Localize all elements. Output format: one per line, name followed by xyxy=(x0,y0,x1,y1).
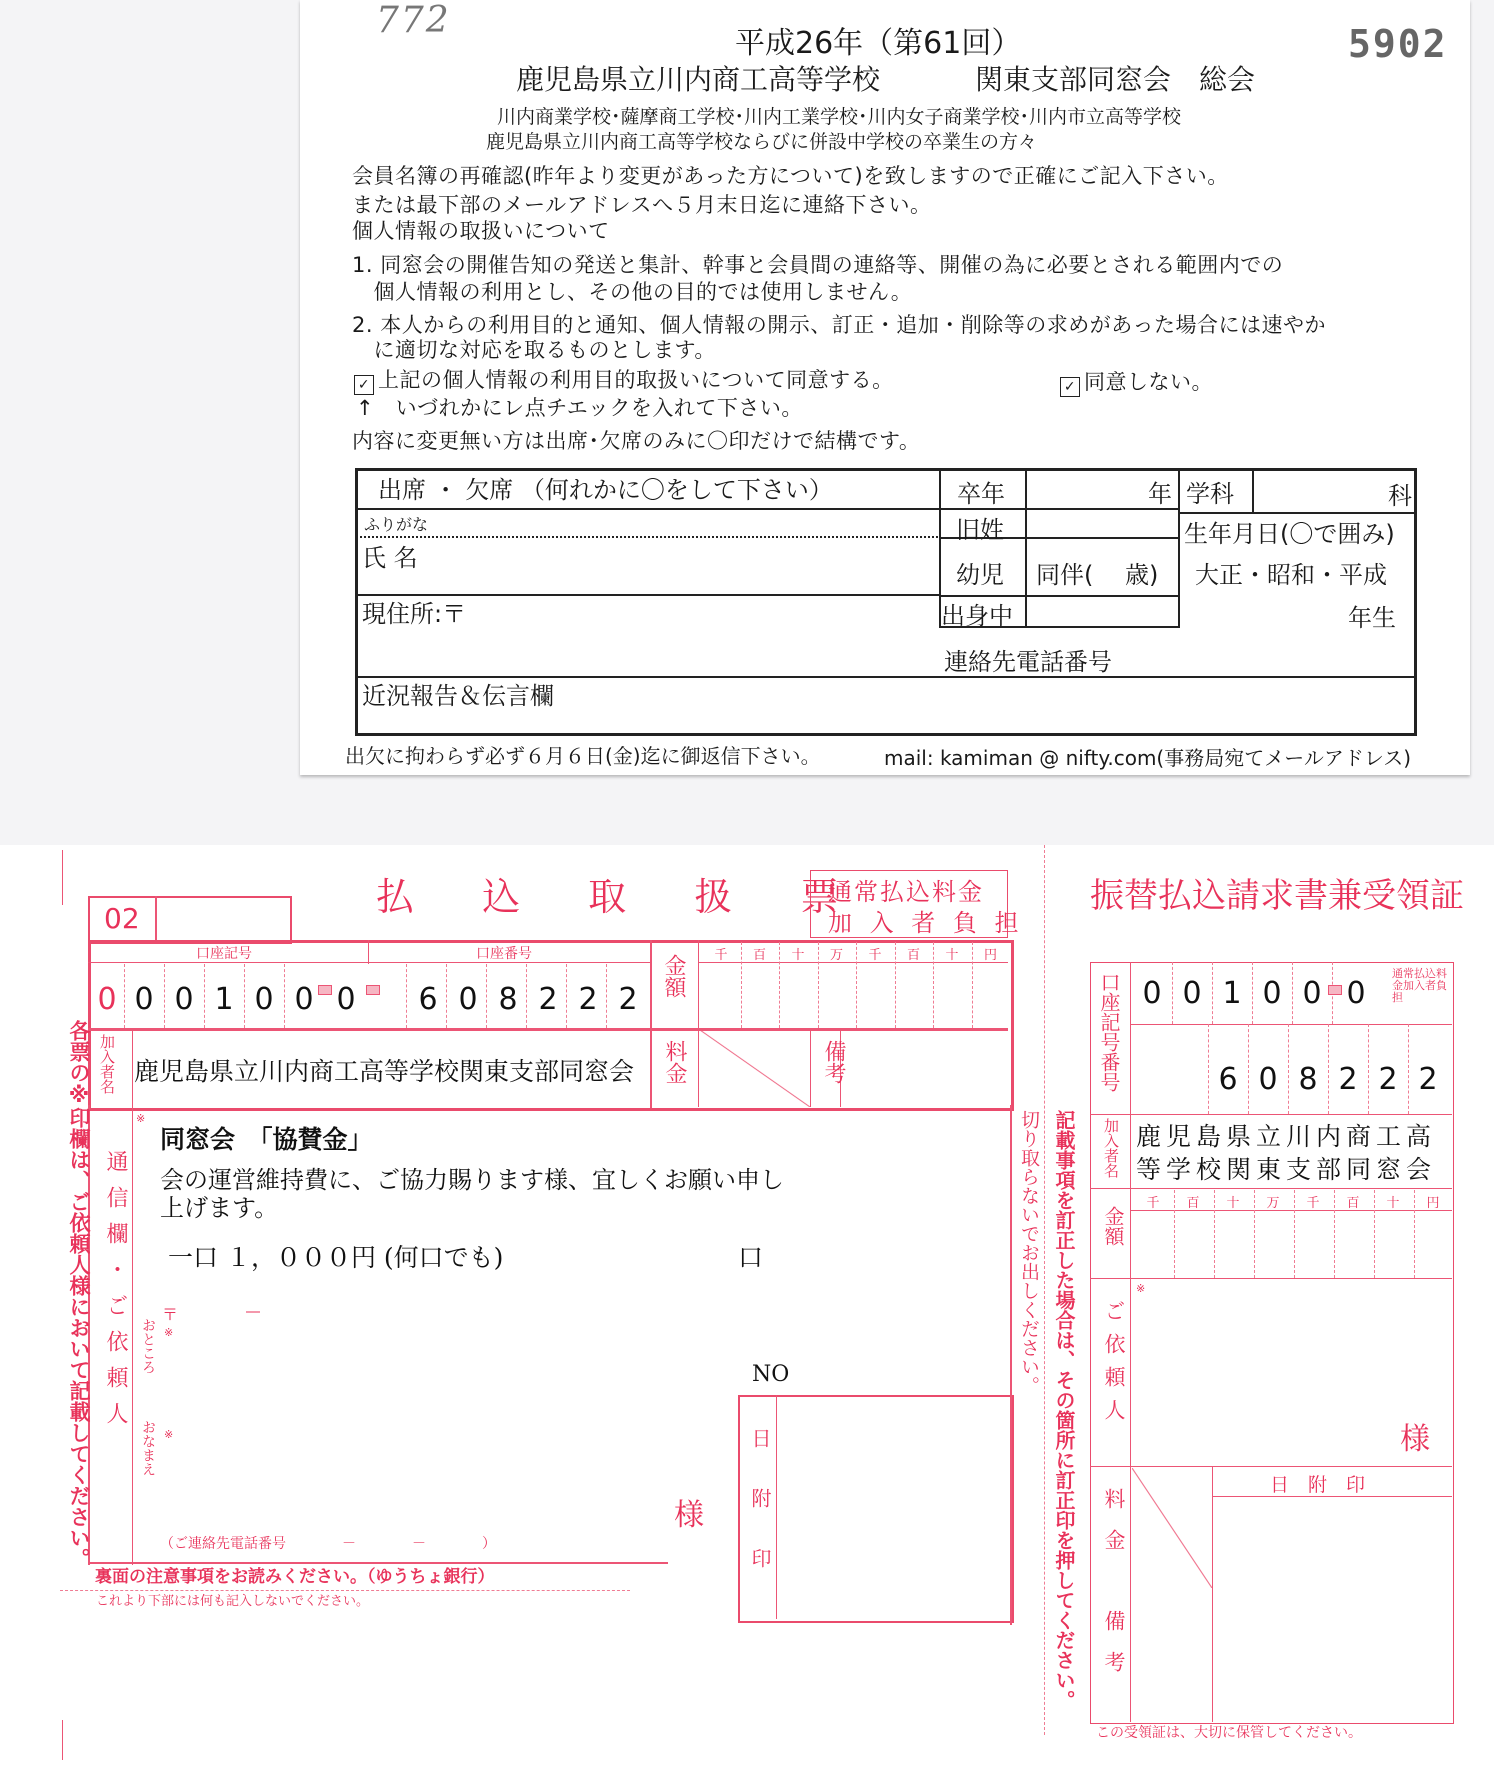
digit-divider xyxy=(1248,1024,1249,1114)
privacy-item-1b: 個人情報の利用とし、その他の目的では使用しません。 xyxy=(352,276,912,306)
graduates-line: 鹿児島県立川内商工高等学校ならびに併設中学校の卒業生の方々 xyxy=(486,127,1037,154)
left-side-note: 各票の※印欄は、ご依頼人様において記載してください。 xyxy=(64,1020,94,1569)
no-change-note: 内容に変更無い方は出席･欠席のみに〇印だけで結構です。 xyxy=(352,425,920,455)
asterisk-mark: ※ xyxy=(136,1112,145,1125)
amount-unit: 百 xyxy=(741,944,779,963)
event-title: 平成26年（第61回） xyxy=(735,18,1021,62)
receipt-payee-line-1: 鹿児島県立川内商工高 xyxy=(1136,1117,1436,1153)
receipt-number-digit: 0 xyxy=(1250,1062,1286,1097)
units-count-label: 口 xyxy=(738,1238,763,1274)
digit-divider xyxy=(526,964,527,1028)
receipt-fee-label: 料金 xyxy=(1099,1488,1129,1570)
attendance-select[interactable]: 出席 ・ 欠席 （何れかに〇をして下さい） xyxy=(378,470,833,505)
receipt-account-label: 口座記号番号 xyxy=(1099,972,1119,1092)
era-options[interactable]: 大正・昭和・平成 xyxy=(1195,555,1387,590)
slip-code: 02 xyxy=(104,902,140,935)
account-number-digit: 2 xyxy=(610,982,646,1017)
consent-agree-label: 上記の個人情報の利用目的取扱いについて同意する。 xyxy=(378,368,894,392)
receipt-requester-label: ご依頼人 xyxy=(1099,1300,1129,1432)
receipt-symbol-digit: 0 xyxy=(1294,976,1330,1011)
receipt-amount-unit: 十 xyxy=(1214,1192,1252,1211)
digit-divider xyxy=(566,964,567,1028)
intro-line-1: 会員名簿の再確認(昨年より変更があった方について)を致しますので正確にご記入下さ… xyxy=(352,160,1229,190)
receipt-amount-unit: 千 xyxy=(1134,1192,1172,1211)
digit-divider xyxy=(1212,962,1213,1024)
amount-label: 金額 xyxy=(658,954,689,998)
name-label: 氏 名 xyxy=(362,538,418,573)
unit-divider xyxy=(1414,1190,1415,1278)
unit-divider xyxy=(1174,1190,1175,1278)
message-label: 通信欄・ご依頼人 xyxy=(100,1150,131,1438)
unit-divider xyxy=(779,942,780,1028)
account-prefix-digit: 0 xyxy=(92,982,122,1017)
department-label: 学科 xyxy=(1186,474,1234,509)
account-symbol-digit: 0 xyxy=(166,982,202,1017)
unit-divider xyxy=(972,942,973,1028)
receipt-remarks-label: 備考 xyxy=(1099,1610,1129,1692)
unit-divider xyxy=(1374,1190,1375,1278)
digit-divider xyxy=(1292,962,1293,1024)
receipt-amount-unit: 万 xyxy=(1254,1192,1292,1211)
receipt-fee-note: 通常払込料金加入者負担 xyxy=(1392,968,1450,1004)
receipt-title: 振替払込請求書兼受領証 xyxy=(1090,868,1464,917)
receipt-symbol-digit: 1 xyxy=(1214,976,1250,1011)
account-symbol-digit: 0 xyxy=(286,982,322,1017)
receipt-amount-unit: 百 xyxy=(1174,1192,1212,1211)
receipt-date-stamp-label: 日 附 印 xyxy=(1270,1470,1365,1497)
consent-disagree-label: 同意しない。 xyxy=(1084,370,1213,394)
amount-unit: 円 xyxy=(972,944,1010,963)
digit-divider xyxy=(1172,962,1173,1024)
digit-divider xyxy=(1252,962,1253,1024)
unit-divider xyxy=(741,942,742,1028)
receipt-check-digit: 0 xyxy=(1338,976,1374,1011)
postal-mark: 〒 xyxy=(162,1302,178,1325)
privacy-item-1: 1. 同窓会の開催告知の発送と集計、幹事と会員間の連絡等、開催の為に必要とされる… xyxy=(352,249,1283,279)
account-number-label: 口座番号 xyxy=(476,943,532,963)
school-name-title: 鹿児島県立川内商工高等学校 xyxy=(516,58,880,98)
remarks-label: 備考 xyxy=(818,1040,849,1084)
message-title: 同窓会 「協賛金」 xyxy=(160,1120,373,1156)
account-number-digit: 6 xyxy=(410,982,446,1017)
check-instruction: ↑ いづれかにレ点チエックを入れて下さい。 xyxy=(356,392,803,422)
receipt-honorific: 様 xyxy=(1400,1414,1430,1458)
privacy-heading: 個人情報の取扱いについて xyxy=(352,215,610,245)
department-unit: 科 xyxy=(1388,476,1412,511)
account-symbol-digit: 0 xyxy=(246,982,282,1017)
account-symbol-digit: 0 xyxy=(126,982,162,1017)
unit-divider xyxy=(1254,1190,1255,1278)
schools-line: 川内商業学校･薩摩商工学校･川内工業学校･川内女子商業学校･川内市立高等学校 xyxy=(497,102,1181,129)
address-label: 現住所:〒 xyxy=(362,594,466,629)
amount-unit: 十 xyxy=(779,944,817,963)
alumni-event-title: 関東支部同窓会 総会 xyxy=(975,58,1255,98)
news-label: 近況報告＆伝言欄 xyxy=(362,676,554,711)
digit-divider xyxy=(606,964,607,1028)
receipt-number-digit: 6 xyxy=(1210,1062,1246,1097)
furigana-label: ふりがな xyxy=(364,512,428,535)
digit-divider xyxy=(124,964,125,1028)
receipt-symbol-digit: 0 xyxy=(1254,976,1290,1011)
number-label: NO xyxy=(752,1362,789,1387)
digit-divider xyxy=(446,964,447,1028)
unit-divider xyxy=(1334,1190,1335,1278)
payee-label: 加入者名 xyxy=(99,1034,114,1094)
grad-year-unit: 年 xyxy=(1148,474,1172,509)
receipt-asterisk: ※ xyxy=(1136,1282,1145,1295)
receipt-amount-unit: 百 xyxy=(1334,1192,1372,1211)
account-symbol-digit: 1 xyxy=(206,982,242,1017)
reply-deadline: 出欠に拘わらず必ず６月６日(金)迄に御返信下さい。 xyxy=(345,740,821,769)
digit-divider xyxy=(1208,1024,1209,1114)
asterisk-address: ※ xyxy=(164,1326,173,1339)
account-symbol-label: 口座記号 xyxy=(196,943,252,963)
stamp-number: 5902 xyxy=(1348,22,1448,66)
honorific: 様 xyxy=(674,1490,704,1534)
hyphen-box xyxy=(366,985,380,995)
maiden-name-label: 旧姓 xyxy=(956,510,1004,545)
consent-disagree-option[interactable]: ✓同意しない。 xyxy=(1060,366,1213,397)
account-number-digit: 2 xyxy=(530,982,566,1017)
unit-price: 一口 １，０００円 (何口でも) xyxy=(168,1238,503,1274)
back-side-note: 裏面の注意事項をお読みください。（ゆうちょ銀行） xyxy=(95,1562,495,1587)
receipt-amount-label: 金額 xyxy=(1099,1206,1128,1246)
digit-divider xyxy=(1368,1024,1369,1114)
digit-divider xyxy=(284,964,285,1028)
companion-age-label: 同伴( 歳) xyxy=(1036,555,1158,590)
children-label: 幼児 xyxy=(956,555,1004,590)
receipt-symbol-digit: 0 xyxy=(1134,976,1170,1011)
consent-agree-option[interactable]: ✓上記の個人情報の利用目的取扱いについて同意する。 xyxy=(354,364,894,395)
receipt-payee-line-2: 等学校関東支部同窓会 xyxy=(1136,1150,1436,1186)
receipt-number-digit: 2 xyxy=(1410,1062,1446,1097)
digit-divider xyxy=(406,964,407,1028)
address-label: おところ xyxy=(138,1318,158,1374)
receipt-symbol-digit: 0 xyxy=(1174,976,1210,1011)
account-number-digit: 2 xyxy=(570,982,606,1017)
fee-burden-note-2: 加 入 者 負 担 xyxy=(828,903,1024,938)
junior-high-label: 出身中 xyxy=(941,596,1013,631)
message-body-2: 上げます。 xyxy=(160,1188,278,1223)
amount-unit: 十 xyxy=(933,944,971,963)
fee-label: 料金 xyxy=(659,1040,690,1084)
account-check-digit: 0 xyxy=(328,982,364,1017)
digit-divider xyxy=(164,964,165,1028)
postal-dash: ― xyxy=(246,1304,260,1320)
grad-year-label: 卒年 xyxy=(957,474,1005,509)
digit-divider xyxy=(204,964,205,1028)
digit-divider xyxy=(244,964,245,1028)
digit-divider xyxy=(486,964,487,1028)
birthdate-label: 生年月日(〇で囲み) xyxy=(1184,514,1395,549)
amount-unit: 百 xyxy=(895,944,933,963)
asterisk-name: ※ xyxy=(164,1428,173,1441)
receipt-number-digit: 2 xyxy=(1370,1062,1406,1097)
name-label: おなまえ xyxy=(138,1420,158,1476)
unit-divider xyxy=(895,942,896,1028)
digit-divider xyxy=(1288,1024,1289,1114)
digit-divider xyxy=(1408,1024,1409,1114)
consent-disagree-checkbox[interactable]: ✓ xyxy=(1060,377,1080,397)
payee-name: 鹿児島県立川内商工高等学校関東支部同窓会 xyxy=(134,1052,634,1088)
unit-divider xyxy=(818,942,819,1028)
receipt-payee-label: 加入者名 xyxy=(1103,1118,1118,1178)
receipt-amount-unit: 円 xyxy=(1414,1192,1452,1211)
receipt-keep-note: この受領証は、大切に保管してください。 xyxy=(1096,1722,1362,1742)
amount-unit: 万 xyxy=(818,944,856,963)
receipt-number-digit: 2 xyxy=(1330,1062,1366,1097)
cut-note: 切り取らないでお出しください。 xyxy=(1016,1110,1043,1395)
unit-divider xyxy=(856,942,857,1028)
phone-field[interactable]: （ご連絡先電話番号 － － ） xyxy=(160,1533,496,1553)
do-not-write-note: これより下部には何も記入しないでください。 xyxy=(96,1590,369,1609)
unit-divider xyxy=(1214,1190,1215,1278)
account-number-digit: 8 xyxy=(490,982,526,1017)
correction-note: 記載事項を訂正した場合は、その箇所に訂正印を押してください。 xyxy=(1050,1110,1079,1710)
receipt-number-digit: 8 xyxy=(1290,1062,1326,1097)
date-stamp-label: 日附印 xyxy=(746,1428,775,1608)
birth-year-unit: 年生 xyxy=(1348,598,1396,633)
receipt-amount-unit: 千 xyxy=(1294,1192,1332,1211)
handwritten-number: 772 xyxy=(376,0,451,41)
fee-burden-note-1: 通常払込料金 xyxy=(828,872,984,907)
account-number-digit: 0 xyxy=(450,982,486,1017)
amount-unit: 千 xyxy=(702,944,740,963)
unit-divider xyxy=(1294,1190,1295,1278)
unit-divider xyxy=(933,942,934,1028)
phone-label: 連絡先電話番号 xyxy=(944,642,1112,677)
contact-email[interactable]: mail: kamiman @ nifty.com(事務局宛てメールアドレス) xyxy=(884,742,1411,771)
receipt-amount-unit: 十 xyxy=(1374,1192,1412,1211)
amount-unit: 千 xyxy=(856,944,894,963)
digit-divider xyxy=(1328,1024,1329,1114)
privacy-item-2b: に適切な対応を取るものとします。 xyxy=(352,334,716,364)
slip-title: 払 込 取 扱 票 xyxy=(376,866,866,921)
